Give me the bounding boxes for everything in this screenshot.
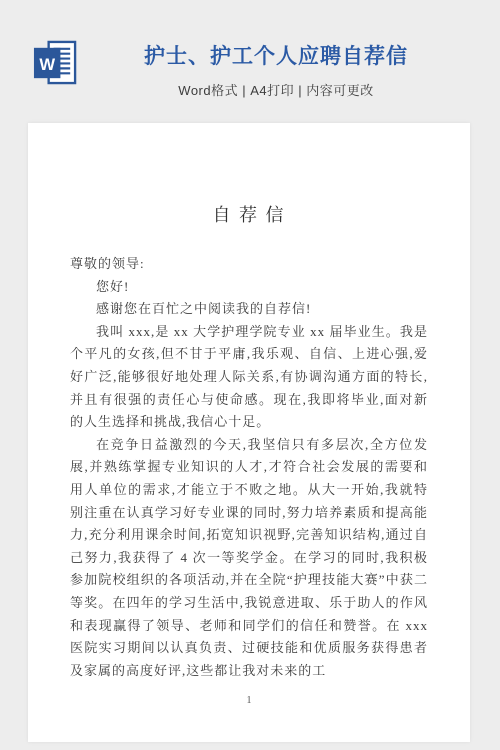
template-header: W 护士、护工个人应聘自荐信 Word格式 | A4打印 | 内容可更改	[0, 0, 500, 123]
letter-paragraph: 您好!	[70, 276, 428, 299]
letter-paragraph: 我叫 xxx,是 xx 大学护理学院专业 xx 届毕业生。我是个平凡的女孩,但不…	[70, 321, 428, 434]
letter-paragraph: 在竞争日益激烈的今天,我坚信只有多层次,全方位发展,并熟练掌握专业知识的人才,才…	[70, 434, 428, 683]
letter-paragraph: 感谢您在百忙之中阅读我的自荐信!	[70, 298, 428, 321]
document-body: 自 荐 信 尊敬的领导: 您好! 感谢您在百忙之中阅读我的自荐信! 我叫 xxx…	[28, 123, 470, 682]
header-text-block: 护士、护工个人应聘自荐信 Word格式 | A4打印 | 内容可更改	[52, 40, 500, 99]
letter-title: 自 荐 信	[70, 201, 428, 227]
template-subtitle: Word格式 | A4打印 | 内容可更改	[52, 80, 500, 99]
template-title: 护士、护工个人应聘自荐信	[52, 40, 500, 70]
page-number: 1	[28, 695, 470, 706]
document-page: 自 荐 信 尊敬的领导: 您好! 感谢您在百忙之中阅读我的自荐信! 我叫 xxx…	[28, 123, 470, 742]
letter-salutation: 尊敬的领导:	[70, 253, 428, 276]
